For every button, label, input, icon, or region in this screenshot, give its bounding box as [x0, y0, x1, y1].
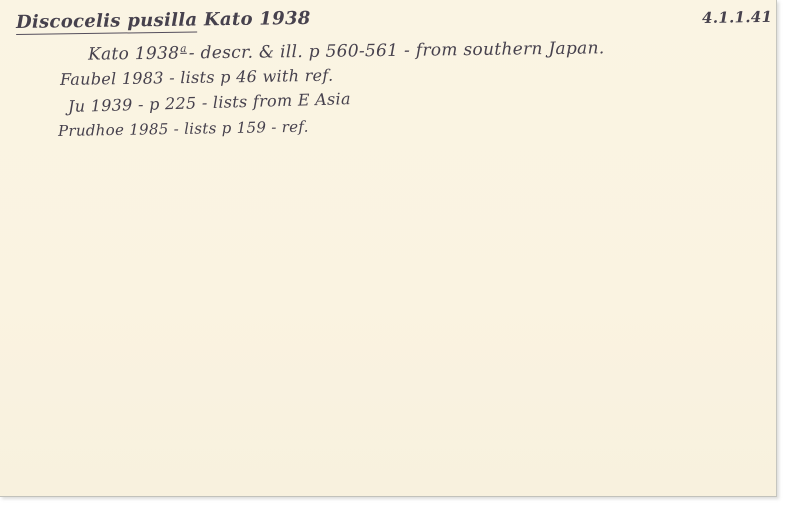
reference-detail: - descr. & ill. p 560-561 - from souther… [189, 38, 605, 63]
species-title-line: Discocelis pusilla Kato 1938 [16, 8, 311, 33]
species-name-underlined: Discocelis pusilla [16, 9, 198, 35]
species-author-year: Kato 1938 [197, 8, 311, 31]
index-card: Discocelis pusilla Kato 1938 4.1.1.41 Ka… [0, 0, 777, 497]
reference-line-faubel: Faubel 1983 - lists p 46 with ref. [60, 66, 334, 89]
reference-superscript: a [180, 43, 187, 55]
reference-author-year: Kato 1938 [88, 44, 180, 65]
reference-line-ju: Ju 1939 - p 225 - lists from E Asia [68, 89, 351, 116]
reference-line-kato: Kato 1938a- descr. & ill. p 560-561 - fr… [88, 38, 605, 65]
scanned-index-card-page: Discocelis pusilla Kato 1938 4.1.1.41 Ka… [0, 0, 803, 506]
reference-line-prudhoe: Prudhoe 1985 - lists p 159 - ref. [58, 118, 309, 140]
catalog-number: 4.1.1.41 [702, 8, 773, 27]
